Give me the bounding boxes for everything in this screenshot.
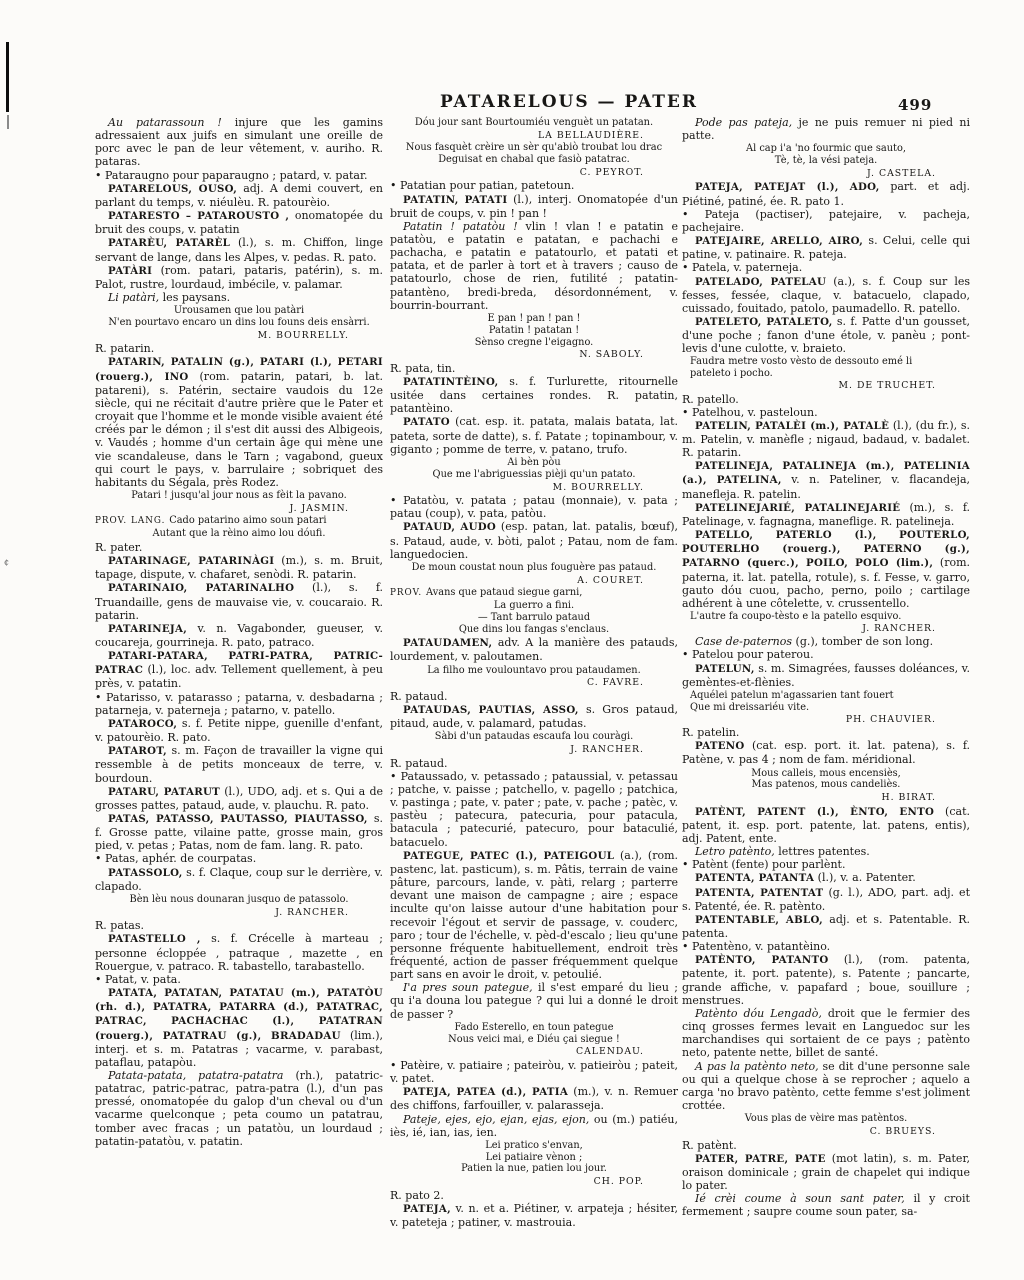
proverb: PROV. LANG. Cado patarino aimo soun pata…: [95, 515, 383, 540]
proverb: PROV. Avans que pataud siegue garni,La g…: [390, 587, 678, 635]
note-paragraph: R. patello.: [682, 393, 970, 406]
citation-author: A. COURET.: [390, 575, 678, 587]
verse-quotation: Mous calleis, mous encensiès,Mas patenos…: [682, 768, 970, 792]
entry-paragraph: PATASSOLO, s. f. Claque, coup sur le der…: [95, 866, 383, 893]
verse-quotation: Urousamen que lou patàriN'en pourtavo en…: [95, 305, 383, 329]
text-column-2: Dóu jour sant Bourtoumiéu venguèt un pat…: [390, 116, 678, 1229]
verse-quotation: Nous fasquèt crèire un sèr qu'abiò troub…: [390, 142, 678, 166]
note-paragraph: R. pataud.: [390, 690, 678, 703]
entry-paragraph: PATÈNTO, PATANTO (l.), (rom. patenta, pa…: [682, 953, 970, 1007]
quotation-line: Lei patiaire vènon ;: [390, 1152, 678, 1164]
entry-paragraph: PATELINEJARIÉ, PATALINEJARIÉ (m.), s. f.…: [682, 501, 970, 528]
entry-paragraph: PATARÈU, PATARÈL (l.), s. m. Chiffon, li…: [95, 236, 383, 263]
note-paragraph: • Patela, v. paterneja.: [682, 261, 970, 274]
headword: PATENTABLE, ABLO,: [695, 914, 823, 926]
note-paragraph: R. patelin.: [682, 726, 970, 739]
citation-author: CH. POP.: [390, 1176, 678, 1188]
usage-paragraph: Patènto dóu Lengadò, droit que le fermie…: [682, 1007, 970, 1060]
entry-paragraph: PATELIN, PATALÈI (m.), PATALÈ (l.), (du …: [682, 419, 970, 459]
citation-author: M. BOURRELLY.: [95, 330, 383, 342]
note-paragraph: R. pata, tin.: [390, 362, 678, 375]
citation-author: C. PEYROT.: [390, 167, 678, 179]
phrase-lead: Pode pas pateja,: [695, 116, 792, 129]
headword: PATATINTÈINO,: [403, 376, 498, 388]
headword: PATARI-PATARA, PATRI-PATRA, PATRIC-PATRA…: [95, 650, 383, 676]
entry-paragraph: PATER, PATRE, PATE (mot latin), s. m. Pa…: [682, 1152, 970, 1192]
headword: PATATA, PATATAN, PATATAU (m.), PATATÒU (…: [95, 987, 383, 1041]
headword: PATARINEJA,: [108, 623, 187, 635]
quotation-line: L'autre fa coupo-tèsto e la patello esqu…: [690, 611, 970, 623]
proverb-line: — Tant barrulo pataud: [390, 612, 678, 624]
note-paragraph: R. patas.: [95, 919, 383, 932]
quotation-line: Lei pratico s'envan,: [390, 1140, 678, 1152]
entry-paragraph: PATAROCO, s. f. Petite nippe, guenille d…: [95, 717, 383, 744]
entry-paragraph: PATELLO, PATERLO (l.), POUTERLO, POUTERL…: [682, 528, 970, 610]
note-paragraph: • Patentèno, v. patantèino.: [682, 940, 970, 953]
quotation-line: E pan ! pan ! pan !: [390, 313, 678, 325]
headword: PATELIN, PATALÈI (m.), PATALÈ: [695, 420, 889, 432]
headword: PATASSOLO,: [108, 867, 183, 879]
headword: PATAS, PATASSO, PAUTASSO, PIAUTASSO,: [108, 813, 368, 825]
citation-author: PH. CHAUVIER.: [682, 714, 970, 726]
usage-paragraph: Au patarassoun ! injure que les gamins a…: [95, 116, 383, 169]
citation-author: J. RANCHER.: [682, 623, 970, 635]
headword: PATARELOUS, OUSO,: [108, 183, 237, 195]
entry-paragraph: PATAS, PATASSO, PAUTASSO, PIAUTASSO, s. …: [95, 812, 383, 852]
text-column-3: Pode pas pateja, je ne puis remuer ni pi…: [682, 116, 970, 1218]
headword: PATARIN, PATALIN (g.), PATARI (l.), PETA…: [95, 356, 383, 382]
headword: PATASTELLO ,: [108, 933, 201, 945]
verse-quotation: La filho me voulountavo prou pataudamen.: [390, 665, 678, 677]
phrase-lead: Pateje, ejes, ejo, ejan, ejas, ejon,: [403, 1113, 589, 1126]
verse-quotation: Vous plas de vèire mas patèntos.: [682, 1113, 970, 1125]
entry-paragraph: PATENTA, PATANTA (l.), v. a. Patenter.: [682, 871, 970, 885]
quotation-line: Al cap i'a 'no fourmic que sauto,: [682, 143, 970, 155]
usage-paragraph: I'a pres soun pategue, il s'est emparé d…: [390, 981, 678, 1020]
entry-paragraph: PATÀRI (rom. patari, pataris, patérin), …: [95, 264, 383, 291]
verse-quotation: Fado Esterello, en toun pategueNous veic…: [390, 1022, 678, 1046]
quotation-line: Patatin ! patatan !: [390, 325, 678, 337]
entry-paragraph: PATATIN, PATATI (l.), interj. Onomatopée…: [390, 193, 678, 220]
headword: PATARINAIO, PATARINALHO: [108, 582, 294, 594]
note-paragraph: • Patelhou, v. pasteloun.: [682, 406, 970, 419]
citation-author: LA BELLAUDIÈRE.: [390, 130, 678, 142]
entry-paragraph: PATARINEJA, v. n. Vagabonder, gueuser, v…: [95, 622, 383, 649]
headword: PATÀRI: [108, 265, 152, 277]
headword: PATARU, PATARUT: [108, 786, 220, 798]
note-paragraph: R. pater.: [95, 541, 383, 554]
quotation-line: De moun coustat noun plus fouguère pas p…: [390, 562, 678, 574]
quotation-line: Urousamen que lou patàri: [95, 305, 383, 317]
verse-quotation: Dóu jour sant Bourtoumiéu venguèt un pat…: [390, 117, 678, 129]
quotation-line: Sàbi d'un pataudas escaufa lou couràgi.: [390, 731, 678, 743]
entry-paragraph: PATATINTÈINO, s. f. Turlurette, ritourne…: [390, 375, 678, 415]
quotation-line: Vous plas de vèire mas patèntos.: [682, 1113, 970, 1125]
verse-quotation: Al cap i'a 'no fourmic que sauto,Tè, tè,…: [682, 143, 970, 167]
quotation-line: N'en pourtavo encaro un dins lou founs d…: [95, 317, 383, 329]
headword: PATER, PATRE, PATE: [695, 1153, 826, 1165]
scan-artifact-mark: ¢: [4, 558, 10, 566]
quotation-line: Fado Esterello, en toun pategue: [390, 1022, 678, 1034]
note-paragraph: • Pateja (pactiser), patejaire, v. pache…: [682, 208, 970, 234]
headword: PATEJA, PATEA (d.), PATIA: [403, 1086, 568, 1098]
note-paragraph: R. pataud.: [390, 757, 678, 770]
headword: PATELUN,: [695, 663, 755, 675]
prose-quotation: Aquélei patelun m'agassarien tant fouert…: [690, 690, 970, 714]
headword: PATARÈU, PATARÈL: [108, 237, 230, 249]
prose-quotation: Faudra metre vosto vèsto de dessouto emé…: [690, 356, 970, 380]
headword: PATEJAIRE, ARELLO, AIRO,: [695, 235, 863, 247]
entry-paragraph: PATARELOUS, OUSO, adj. A demi couvert, e…: [95, 182, 383, 209]
phrase-lead: Au patarassoun !: [108, 116, 222, 129]
headword: PATAUD, AUDO: [403, 521, 496, 533]
usage-paragraph: Patatin ! patatòu ! vlin ! vlan ! e pata…: [390, 220, 678, 312]
proverb-line: La guerro a fini.: [390, 600, 678, 612]
quotation-line: Nous fasquèt crèire un sèr qu'abiò troub…: [390, 142, 678, 154]
phrase-lead: Patata-patata, patatra-patatra: [108, 1069, 284, 1082]
quotation-line: Deguisat en chabal que fasiò patatrac.: [390, 154, 678, 166]
note-paragraph: R. patarin.: [95, 342, 383, 355]
entry-paragraph: PATELUN, s. m. Simagrées, fausses doléan…: [682, 662, 970, 689]
quotation-line: La filho me voulountavo prou pataudamen.: [390, 665, 678, 677]
headword: PATELINEJA, PATALINEJA (m.), PATELINIA (…: [682, 460, 970, 486]
quotation-line: Faudra metre vosto vèsto de dessouto emé…: [690, 356, 970, 368]
note-paragraph: • Patarisso, v. patarasso ; patarna, v. …: [95, 691, 383, 717]
quotation-line: pateleto i pocho.: [690, 368, 970, 380]
headword: PATENTA, PATENTAT: [695, 887, 823, 899]
headword: PATÈNTO, PATANTO: [695, 954, 829, 966]
proverb-label: PROV. LANG.: [95, 516, 169, 526]
quotation-line: Patari ! jusqu'al jour nous as fèit la p…: [95, 490, 383, 502]
quotation-line: Aquélei patelun m'agassarien tant fouert: [690, 690, 970, 702]
entry-paragraph: PATENTA, PATENTAT (g. l.), ADO, part. ad…: [682, 886, 970, 913]
note-paragraph: R. patènt.: [682, 1139, 970, 1152]
entry-paragraph: PATATO (cat. esp. it. patata, malais bat…: [390, 415, 678, 455]
quotation-line: Ai bèn pòu: [390, 457, 678, 469]
entry-paragraph: PATEJA, v. n. et a. Piétiner, v. arpatej…: [390, 1202, 678, 1229]
headword: PATEJA, PATEJAT (l.), ADO,: [695, 181, 880, 193]
headword: PATELINEJARIÉ, PATALINEJARIÉ: [695, 502, 900, 514]
headword: PATATIN, PATATI: [403, 194, 507, 206]
entry-paragraph: PATARU, PATARUT (l.), UDO, adj. et s. Qu…: [95, 785, 383, 812]
entry-paragraph: PATARIN, PATALIN (g.), PATARI (l.), PETA…: [95, 355, 383, 489]
phrase-lead: I'a pres soun pategue,: [403, 981, 533, 994]
verse-quotation: Bèn lèu nous dounaran jusquo de patassol…: [95, 894, 383, 906]
phrase-lead: A pas la patènto neto,: [695, 1060, 819, 1073]
entry-paragraph: PATARI-PATARA, PATRI-PATRA, PATRIC-PATRA…: [95, 649, 383, 690]
entry-paragraph: PATEJA, PATEJAT (l.), ADO, part. et adj.…: [682, 180, 970, 207]
proverb-line: Autant que la rèino aimo lou dóufi.: [95, 528, 383, 540]
headword: PATARESTO – PATAROUSTO ,: [108, 210, 289, 222]
phrase-lead: Letro patènto,: [695, 845, 775, 858]
quotation-line: Bèn lèu nous dounaran jusquo de patassol…: [95, 894, 383, 906]
entry-paragraph: PATARINAGE, PATARINÀGI (m.), s. m. Bruit…: [95, 554, 383, 581]
citation-author: C. BRUEYS.: [682, 1126, 970, 1138]
verse-quotation: Patari ! jusqu'al jour nous as fèit la p…: [95, 490, 383, 502]
verse-quotation: Sàbi d'un pataudas escaufa lou couràgi.: [390, 731, 678, 743]
headword: PATENTA, PATANTA: [695, 872, 814, 884]
verse-quotation: Ai bèn pòuQue me l'abriguessias pièji qu…: [390, 457, 678, 481]
note-paragraph: • Patas, aphér. de courpatas.: [95, 852, 383, 865]
headword: PATELETO, PATALETO,: [695, 316, 833, 328]
entry-paragraph: PATATA, PATATAN, PATATAU (m.), PATATÒU (…: [95, 986, 383, 1069]
headword: PATAROT,: [108, 745, 167, 757]
headword: PATENO: [695, 740, 745, 752]
entry-paragraph: PATASTELLO , s. f. Crécelle à marteau ; …: [95, 932, 383, 972]
quotation-line: Que mi dreissariéu vite.: [690, 702, 970, 714]
citation-author: J. RANCHER.: [95, 907, 383, 919]
entry-paragraph: PATAUDAS, PAUTIAS, ASSO, s. Gros pataud,…: [390, 703, 678, 730]
dictionary-page: ¢ PATARELOUS — PATER 499 Au patarassoun …: [0, 0, 1024, 1280]
phrase-lead: Ié crèi coume à soun sant pater,: [695, 1192, 905, 1205]
entry-paragraph: PATEJAIRE, ARELLO, AIRO, s. Celui, celle…: [682, 234, 970, 261]
headword: PATAUDAMEN,: [403, 637, 492, 649]
proverb-label: PROV.: [390, 588, 426, 598]
citation-author: N. SABOLY.: [390, 349, 678, 361]
note-paragraph: • Pataraugno pour paparaugno ; patard, v…: [95, 169, 383, 182]
entry-paragraph: PATAUD, AUDO (esp. patan, lat. patalis, …: [390, 520, 678, 560]
headword: PATÈNT, PATENT (l.), ÈNTO, ENTO: [695, 806, 934, 818]
entry-paragraph: PATEJA, PATEA (d.), PATIA (m.), v. n. Re…: [390, 1085, 678, 1112]
entry-paragraph: PATENO (cat. esp. port. it. lat. patena)…: [682, 739, 970, 766]
usage-paragraph: Case de-paternos (g.), tomber de son lon…: [682, 635, 970, 648]
citation-author: M. BOURRELLY.: [390, 482, 678, 494]
phrase-lead: Patatin ! patatòu !: [403, 220, 518, 233]
proverb-line: Que dins lou fangas s'enclaus.: [390, 624, 678, 636]
quotation-line: Patien la nue, patien lou jour.: [390, 1163, 678, 1175]
citation-author: J. CASTELA.: [682, 168, 970, 180]
entry-paragraph: PATÈNT, PATENT (l.), ÈNTO, ENTO (cat. pa…: [682, 805, 970, 845]
quotation-line: Mas patenos, mous candeliès.: [682, 779, 970, 791]
note-paragraph: • Patènt (fente) pour parlènt.: [682, 858, 970, 871]
usage-paragraph: Pode pas pateja, je ne puis remuer ni pi…: [682, 116, 970, 142]
citation-author: H. BIRAT.: [682, 792, 970, 804]
verse-quotation: Lei pratico s'envan,Lei patiaire vènon ;…: [390, 1140, 678, 1175]
citation-author: J. RANCHER.: [390, 744, 678, 756]
entry-paragraph: PATEGUE, PATEC (l.), PATEIGOUL (a.), (ro…: [390, 849, 678, 982]
usage-paragraph: Letro patènto, lettres patentes.: [682, 845, 970, 858]
note-paragraph: • Patat, v. pata.: [95, 973, 383, 986]
entry-paragraph: PATAROT, s. m. Façon de travailler la vi…: [95, 744, 383, 784]
citation-author: C. FAVRE.: [390, 677, 678, 689]
headword: PATATO: [403, 416, 450, 428]
headword: PATEJA,: [403, 1203, 451, 1215]
note-paragraph: • Patèire, v. patiaire ; pateiròu, v. pa…: [390, 1059, 678, 1085]
usage-paragraph: Pateje, ejes, ejo, ejan, ejas, ejon, ou …: [390, 1113, 678, 1139]
headword: PATAROCO,: [108, 718, 177, 730]
quotation-line: Dóu jour sant Bourtoumiéu venguèt un pat…: [390, 117, 678, 129]
usage-paragraph: Ié crèi coume à soun sant pater, il y cr…: [682, 1192, 970, 1218]
note-paragraph: • Patatòu, v. patata ; patau (monnaie), …: [390, 494, 678, 520]
entry-paragraph: PATELINEJA, PATALINEJA (m.), PATELINIA (…: [682, 459, 970, 500]
headword: PATEGUE, PATEC (l.), PATEIGOUL: [403, 850, 614, 862]
entry-paragraph: PATENTABLE, ABLO, adj. et s. Patentable.…: [682, 913, 970, 940]
note-paragraph: • Patelou pour paterou.: [682, 648, 970, 661]
note-paragraph: • Patatian pour patian, patetoun.: [390, 179, 678, 192]
verse-quotation: E pan ! pan ! pan !Patatin ! patatan !Sè…: [390, 313, 678, 348]
usage-paragraph: Li patàri, les paysans.: [95, 291, 383, 304]
headword: PATAUDAS, PAUTIAS, ASSO,: [403, 704, 579, 716]
entry-paragraph: PATAUDAMEN, adv. A la manière des pataud…: [390, 636, 678, 663]
entry-paragraph: PATARINAIO, PATARINALHO (l.), s. f. Trua…: [95, 581, 383, 621]
quotation-line: Nous veici mai, e Diéu çai siegue !: [390, 1034, 678, 1046]
quotation-line: Tè, tè, la vési pateja.: [682, 155, 970, 167]
phrase-lead: Li patàri,: [108, 291, 159, 304]
entry-paragraph: PATELADO, PATELAU (a.), s. f. Coup sur l…: [682, 275, 970, 315]
text-column-1: Au patarassoun ! injure que les gamins a…: [95, 116, 383, 1148]
note-paragraph: • Pataussado, v. petassado ; pataussial,…: [390, 770, 678, 849]
headword: PATARINAGE, PATARINÀGI: [108, 555, 274, 567]
usage-paragraph: A pas la patènto neto, se dit d'une pers…: [682, 1060, 970, 1113]
headword: PATELADO, PATELAU: [695, 276, 826, 288]
phrase-lead: Patènto dóu Lengadò,: [695, 1007, 822, 1020]
citation-author: M. DE TRUCHET.: [682, 380, 970, 392]
prose-quotation: L'autre fa coupo-tèsto e la patello esqu…: [690, 611, 970, 623]
entry-paragraph: PATELETO, PATALETO, s. f. Patte d'un gou…: [682, 315, 970, 355]
usage-paragraph: Patata-patata, patatra-patatra (rh.), pa…: [95, 1069, 383, 1148]
quotation-line: Sènso cregne l'eigagno.: [390, 337, 678, 349]
scan-artifact-line: [6, 42, 9, 112]
citation-author: CALENDAU.: [390, 1046, 678, 1058]
scan-artifact-line-2: [7, 115, 9, 129]
phrase-lead: Case de-paternos: [695, 635, 792, 648]
quotation-line: Que me l'abriguessias pièji qu'un patato…: [390, 469, 678, 481]
headword: PATELLO, PATERLO (l.), POUTERLO, POUTERL…: [682, 529, 970, 569]
note-paragraph: R. pato 2.: [390, 1189, 678, 1202]
page-number: 499: [898, 96, 932, 114]
running-head: PATARELOUS — PATER: [404, 92, 734, 112]
quotation-line: Mous calleis, mous encensiès,: [682, 768, 970, 780]
verse-quotation: De moun coustat noun plus fouguère pas p…: [390, 562, 678, 574]
entry-paragraph: PATARESTO – PATAROUSTO , onomatopée du b…: [95, 209, 383, 236]
citation-author: J. JASMIN.: [95, 503, 383, 515]
